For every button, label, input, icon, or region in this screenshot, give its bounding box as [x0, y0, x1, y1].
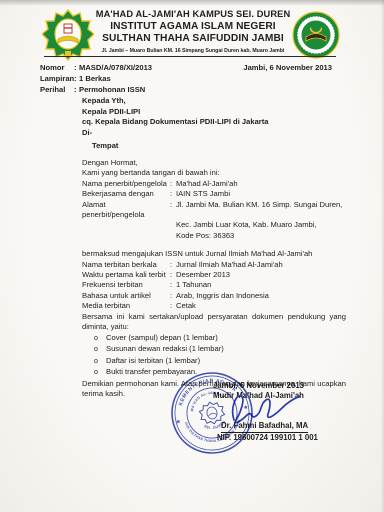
scan-top-shadow — [0, 0, 384, 6]
journal-row: Bahasa untuk artikel:Arab, Inggris dan I… — [82, 291, 346, 301]
salutation: Dengan Hormat, — [82, 158, 346, 168]
letterhead-line2: INSTITUT AGAMA ISLAM NEGERI — [88, 21, 298, 34]
journal-row: Nama terbitan berkala:Jurnal Ilmiah Ma'h… — [82, 260, 346, 270]
bullet-icon: o — [94, 357, 106, 368]
address-continuation: Kec. Jambi Luar Kota, Kab. Muaro Jambi, — [176, 220, 346, 230]
recipient-line: Kepala PDII-LIPI — [82, 107, 269, 118]
attachments-intro: Bersama ini kami sertakan/upload persyar… — [82, 312, 346, 333]
meta-row-lampiran: Lampiran:1 Berkas — [40, 74, 152, 85]
meta-value: MASD/A/078/XI/2013 — [79, 63, 152, 72]
bullet-icon: o — [94, 368, 106, 379]
official-stamp: KEMENTERIAN AGAMA IAIN SULTHAN THAHA SAI… — [162, 363, 262, 463]
meta-row-perihal: Perihal:Permohonan ISSN — [40, 85, 152, 96]
meta-value: Permohonan ISSN — [79, 85, 145, 94]
meta-label: Perihal — [40, 85, 74, 96]
stamp-star-left: ★ — [176, 419, 182, 426]
iain-crest-logo — [42, 9, 94, 61]
iain-round-logo — [291, 10, 341, 60]
letterhead-line3: SULTHAN THAHA SAIFUDDIN JAMBI — [88, 33, 298, 46]
journal-row: Waktu pertama kali terbit:Desember 2013 — [82, 270, 346, 280]
bullet-icon: o — [94, 334, 106, 345]
letter-body: Dengan Hormat, Kami yang bertanda tangan… — [82, 158, 346, 400]
recipient-place: Tempat — [92, 141, 269, 152]
bullet-icon: o — [94, 345, 106, 356]
journal-row: Media terbitan:Cetak — [82, 301, 346, 311]
attachment-item: oDaftar isi terbitan (1 lembar) — [94, 356, 346, 368]
dateline: Jambi, 6 November 2013 — [243, 63, 332, 72]
letterhead-line1: MA'HAD AL-JAMI'AH KAMPUS SEI. DUREN — [88, 8, 298, 21]
letterhead: MA'HAD AL-JAMI'AH KAMPUS SEI. DUREN INST… — [88, 8, 298, 54]
journal-row: Frekuensi terbitan:1 Tahunan — [82, 280, 346, 290]
svg-text:KEMENTERIAN AGAMA: KEMENTERIAN AGAMA — [174, 372, 239, 407]
meta-value: 1 Berkas — [79, 74, 111, 83]
recipient-line: Di- — [82, 128, 269, 139]
letter-page: MA'HAD AL-JAMI'AH KAMPUS SEI. DUREN INST… — [0, 0, 384, 512]
meta-row-nomor: Nomor:MASD/A/078/XI/2013 — [40, 63, 152, 74]
meta-label: Lampiran — [40, 74, 74, 85]
recipient-line: Kepada Yth, — [82, 96, 269, 107]
recipient-line: cq. Kepala Bidang Dokumentasi PDII-LIPI … — [82, 117, 269, 128]
attachment-item: oCover (sampul) depan (1 lembar) — [94, 333, 346, 345]
intro-line: Kami yang bertanda tangan di bawah ini: — [82, 168, 346, 178]
stamp-ring-top-text: KEMENTERIAN AGAMA — [174, 372, 239, 407]
publisher-row: Bekerjasama dengan:IAIN STS Jambi — [82, 189, 346, 199]
recipient-block: Kepada Yth, Kepala PDII-LIPI cq. Kepala … — [82, 96, 269, 151]
svg-text:MA'HAD AL-JAMI'AH: MA'HAD AL-JAMI'AH — [187, 388, 228, 413]
publisher-row: Nama penerbit/pengelola:Ma'had Al-Jami'a… — [82, 179, 346, 189]
address-continuation: Kode Pos: 36363 — [176, 231, 346, 241]
stamp-inner-top-text: MA'HAD AL-JAMI'AH — [187, 388, 228, 413]
meta-label: Nomor — [40, 63, 74, 74]
letterhead-address: Jl. Jambi – Muaro Bulian KM. 16 Simpang … — [88, 48, 298, 54]
attachment-item: oSusunan dewan redaksi (1 lembar) — [94, 344, 346, 356]
letter-meta: Nomor:MASD/A/078/XI/2013 Lampiran:1 Berk… — [40, 63, 152, 95]
purpose-line: bermaksud mengajukan ISSN untuk Jurnal I… — [82, 249, 346, 259]
letterhead-divider — [44, 56, 336, 57]
publisher-row: Alamat penerbit/pengelola:Jl. Jambi Ma. … — [82, 200, 346, 221]
